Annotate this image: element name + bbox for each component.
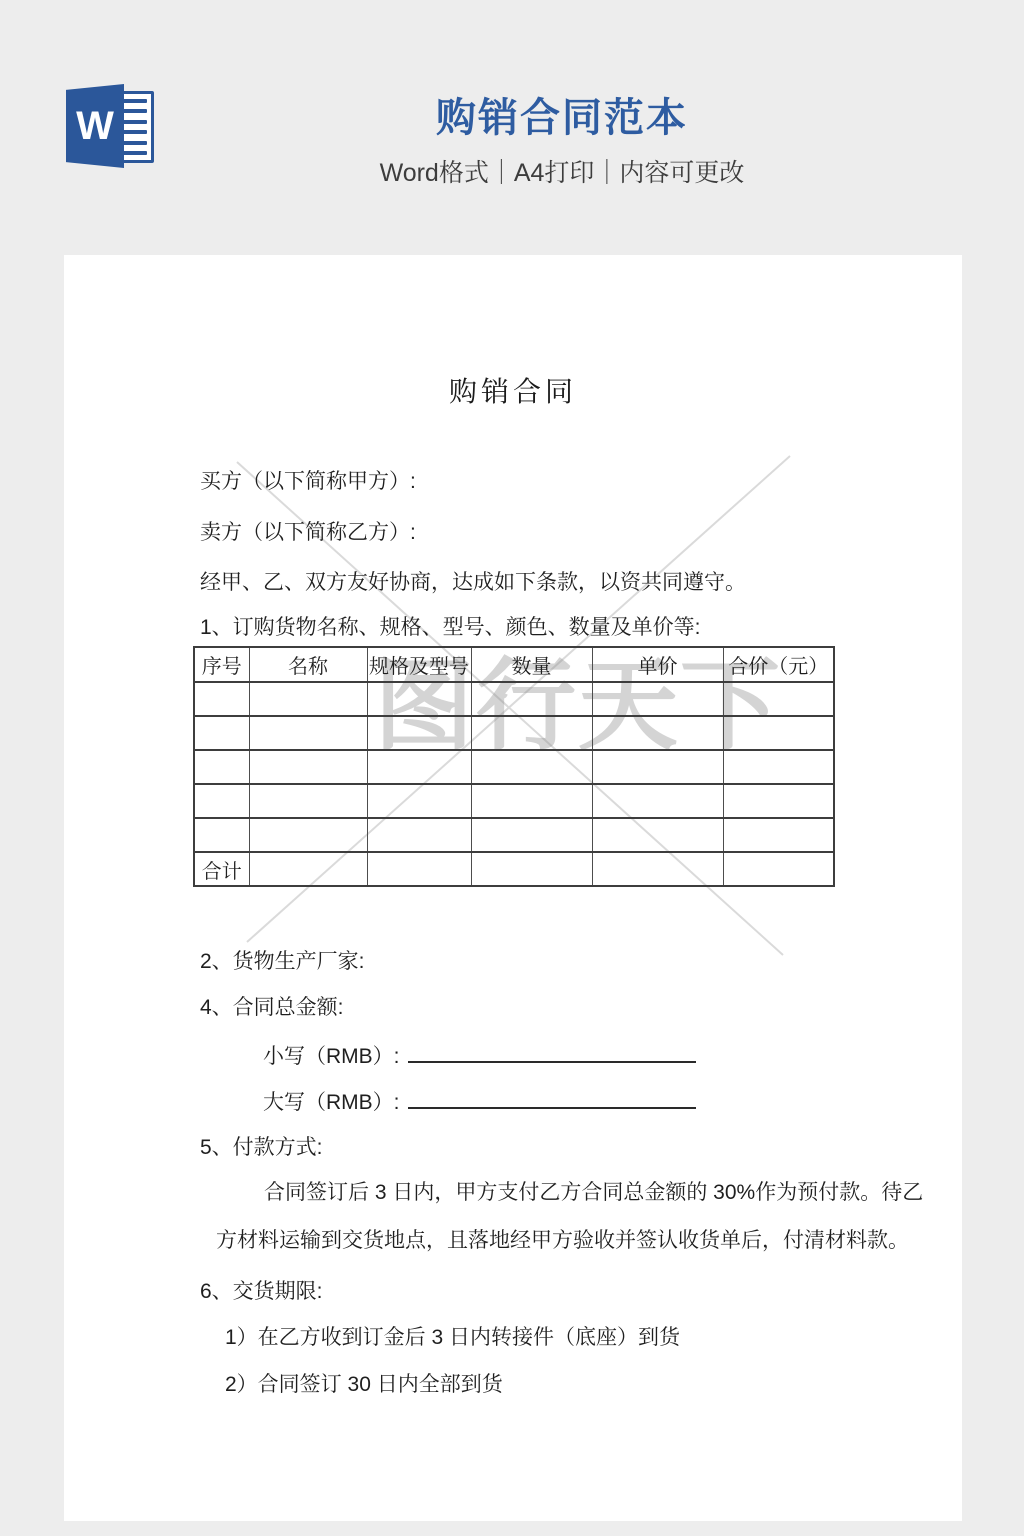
table-empty-cell: [249, 852, 367, 886]
table-empty-cell: [249, 818, 367, 852]
table-empty-cell: [367, 682, 471, 716]
amount-uppercase-line: 大写（RMB）:: [263, 1086, 696, 1116]
total-label-cell: 合计: [194, 852, 249, 886]
delivery-item-1: 1）在乙方收到订金后 3 日内转接件（底座）到货: [225, 1321, 680, 1351]
delivery-item-2: 2）合同签订 30 日内全部到货: [225, 1368, 503, 1398]
items-table: 序号 名称 规格及型号 数量 单价 合价（元） 合计: [193, 646, 835, 887]
table-empty-cell: [367, 716, 471, 750]
table-total-row: 合计: [194, 852, 834, 886]
table-empty-cell: [471, 682, 592, 716]
table-empty-cell: [723, 818, 834, 852]
table-empty-cell: [194, 716, 249, 750]
table-empty-cell: [592, 750, 723, 784]
table-empty-cell: [592, 784, 723, 818]
table-empty-cell: [249, 784, 367, 818]
banner: W 购销合同范本 Word格式｜A4打印｜内容可更改: [0, 0, 1024, 255]
table-empty-cell: [471, 784, 592, 818]
table-empty-cell: [592, 682, 723, 716]
section1-heading: 1、订购货物名称、规格、型号、颜色、数量及单价等:: [200, 611, 701, 641]
banner-subtitle: Word格式｜A4打印｜内容可更改: [162, 153, 962, 189]
table-empty-cell: [592, 716, 723, 750]
col-header-spec: 规格及型号: [367, 647, 471, 682]
table-empty-cell: [723, 750, 834, 784]
table-empty-cell: [723, 682, 834, 716]
table-empty-cell: [194, 682, 249, 716]
table-empty-cell: [471, 818, 592, 852]
table-empty-cell: [367, 750, 471, 784]
table-empty-row: [194, 716, 834, 750]
amount-lowercase-label: 小写（RMB）:: [263, 1045, 400, 1068]
table-empty-row: [194, 682, 834, 716]
table-empty-cell: [367, 818, 471, 852]
payment-paragraph-line1: 合同签订后 3 日内，甲方支付乙方合同总金额的 30%作为预付款。待乙: [264, 1176, 923, 1206]
table-empty-cell: [471, 716, 592, 750]
table-empty-cell: [592, 852, 723, 886]
agreement-line: 经甲、乙、双方友好协商，达成如下条款，以资共同遵守。: [200, 566, 746, 596]
amount-uppercase-label: 大写（RMB）:: [263, 1091, 400, 1114]
section6-heading: 6、交货期限:: [200, 1275, 323, 1305]
buyer-line: 买方（以下简称甲方）:: [200, 465, 416, 495]
table-empty-row: [194, 750, 834, 784]
word-logo-icon: W: [66, 84, 158, 170]
seller-line: 卖方（以下简称乙方）:: [200, 516, 416, 546]
table-empty-cell: [723, 852, 834, 886]
table-empty-cell: [194, 750, 249, 784]
table-empty-cell: [194, 818, 249, 852]
section5-heading: 5、付款方式:: [200, 1131, 323, 1161]
table-empty-cell: [471, 852, 592, 886]
table-empty-cell: [249, 682, 367, 716]
table-empty-cell: [592, 818, 723, 852]
col-header-index: 序号: [194, 647, 249, 682]
table-empty-cell: [471, 750, 592, 784]
banner-title: 购销合同范本: [162, 86, 962, 143]
amount-uppercase-blank: [408, 1089, 696, 1109]
table-header-row: 序号 名称 规格及型号 数量 单价 合价（元）: [194, 647, 834, 682]
section2-heading: 2、货物生产厂家:: [200, 945, 365, 975]
word-logo-letter: W: [76, 106, 114, 146]
table-empty-cell: [249, 750, 367, 784]
table-empty-cell: [194, 784, 249, 818]
col-header-total-price: 合价（元）: [723, 647, 834, 682]
amount-lowercase-blank: [408, 1043, 696, 1063]
document-page: 图行天下 购销合同 买方（以下简称甲方）: 卖方（以下简称乙方）: 经甲、乙、双…: [64, 255, 962, 1521]
table-empty-cell: [723, 784, 834, 818]
col-header-unit-price: 单价: [592, 647, 723, 682]
col-header-name: 名称: [249, 647, 367, 682]
table-empty-cell: [723, 716, 834, 750]
payment-paragraph-line2: 方材料运输到交货地点，且落地经甲方验收并签认收货单后，付清材料款。: [216, 1224, 909, 1254]
table-empty-cell: [367, 852, 471, 886]
contract-title: 购销合同: [64, 370, 962, 410]
table-empty-row: [194, 818, 834, 852]
table-body: 合计: [194, 682, 834, 886]
word-logo-w-icon: W: [66, 84, 124, 168]
section4-heading: 4、合同总金额:: [200, 991, 344, 1021]
table-empty-cell: [249, 716, 367, 750]
col-header-quantity: 数量: [471, 647, 592, 682]
table-empty-cell: [367, 784, 471, 818]
table-empty-row: [194, 784, 834, 818]
amount-lowercase-line: 小写（RMB）:: [263, 1040, 696, 1070]
